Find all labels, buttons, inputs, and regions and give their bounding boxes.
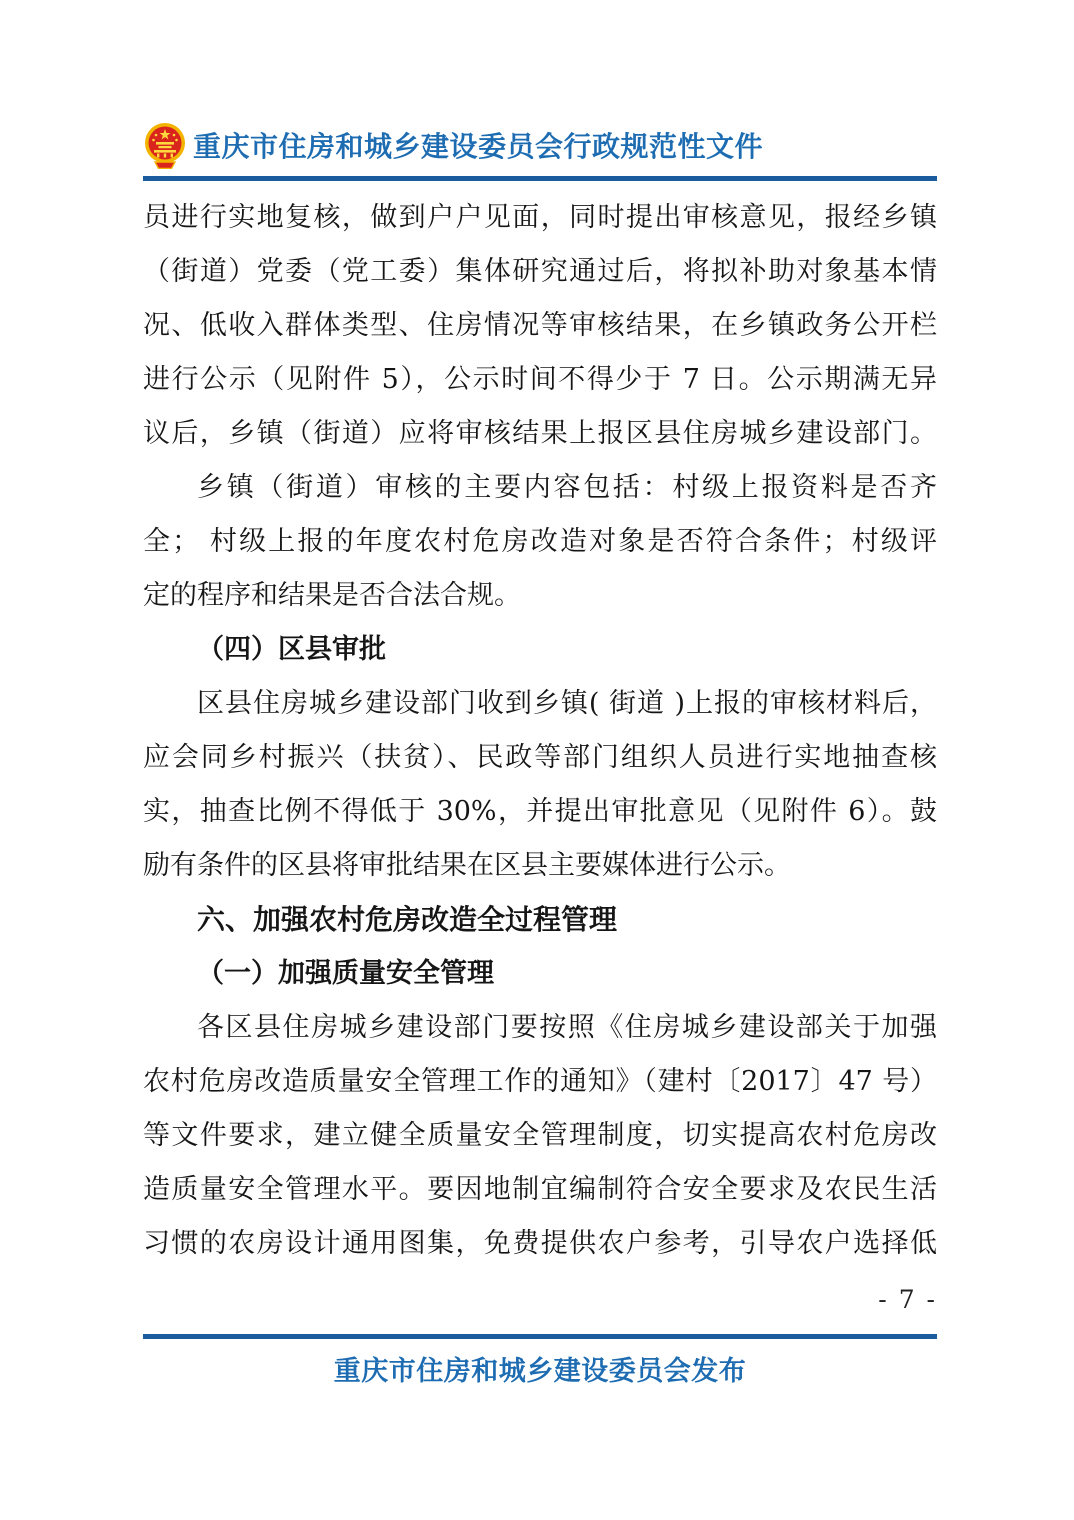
body-line: 乡镇（街道）审核的主要内容包括：村级上报资料是否齐 (143, 461, 937, 515)
document-header: 重庆市住房和城乡建设委员会行政规范性文件 (143, 118, 937, 172)
body-line: 议后，乡镇（街道）应将审核结果上报区县住房城乡建设部门。 (143, 407, 937, 461)
document-page: 重庆市住房和城乡建设委员会行政规范性文件 员进行实地复核，做到户户见面，同时提出… (0, 0, 1074, 1520)
body-line: 进行公示（见附件 5），公示时间不得少于 7 日。公示期满无异 (143, 353, 937, 407)
section-heading: （四）区县审批 (143, 623, 937, 677)
body-line: 习惯的农房设计通用图集，免费提供农户参考，引导农户选择低 (143, 1217, 937, 1271)
body-line: 区县住房城乡建设部门收到乡镇( 街道 )上报的审核材料后， (143, 677, 937, 731)
section-heading: （一）加强质量安全管理 (143, 947, 937, 1001)
body-line: 实，抽查比例不得低于 30%，并提出审批意见（见附件 6）。鼓 (143, 785, 937, 839)
body-line: 员进行实地复核，做到户户见面，同时提出审核意见，报经乡镇 (143, 191, 937, 245)
chapter-heading: 六、加强农村危房改造全过程管理 (143, 893, 937, 947)
document-body: 员进行实地复核，做到户户见面，同时提出审核意见，报经乡镇 （街道）党委（党工委）… (143, 191, 937, 1271)
page-number: - 7 - (878, 1285, 937, 1314)
footer-rule (143, 1334, 937, 1339)
china-national-emblem-icon (143, 121, 187, 169)
body-line: 励有条件的区县将审批结果在区县主要媒体进行公示。 (143, 839, 937, 893)
body-line: 等文件要求，建立健全质量安全管理制度，切实提高农村危房改 (143, 1109, 937, 1163)
body-line: 造质量安全管理水平。要因地制宜编制符合安全要求及农民生活 (143, 1163, 937, 1217)
body-line: 定的程序和结果是否合法合规。 (143, 569, 937, 623)
body-line: 农村危房改造质量安全管理工作的通知》（建村〔2017〕47 号） (143, 1055, 937, 1109)
header-rule (143, 176, 937, 181)
body-line: （街道）党委（党工委）集体研究通过后，将拟补助对象基本情 (143, 245, 937, 299)
body-line: 应会同乡村振兴（扶贫）、民政等部门组织人员进行实地抽查核 (143, 731, 937, 785)
body-line: 各区县住房城乡建设部门要按照《住房城乡建设部关于加强 (143, 1001, 937, 1055)
publisher-line: 重庆市住房和城乡建设委员会发布 (143, 1350, 937, 1394)
body-line: 况、低收入群体类型、住房情况等审核结果，在乡镇政务公开栏 (143, 299, 937, 353)
body-line: 全； 村级上报的年度农村危房改造对象是否符合条件；村级评 (143, 515, 937, 569)
header-title: 重庆市住房和城乡建设委员会行政规范性文件 (193, 125, 763, 165)
